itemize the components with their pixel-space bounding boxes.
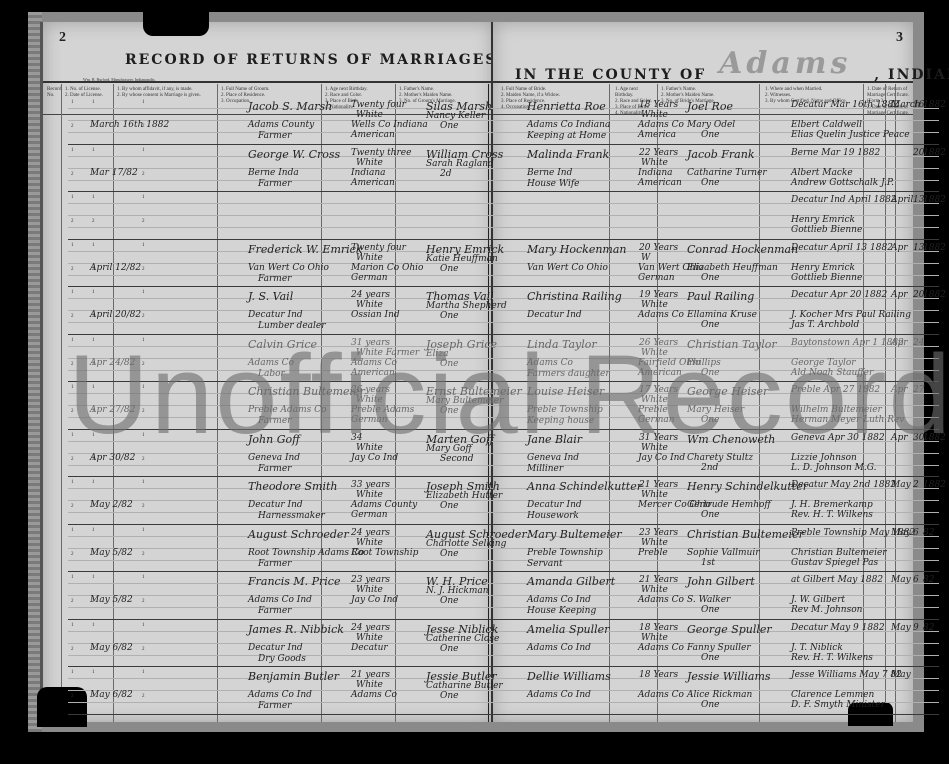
bride-nationality: America [638, 130, 676, 140]
groom-age: 21 years [351, 670, 390, 680]
license-date: Apr 27/82 [90, 405, 135, 415]
groom-birthplace: Adams Co [351, 690, 397, 700]
line-number: 1 [142, 100, 145, 105]
bride-name: Amelia Spuller [527, 623, 609, 636]
certified-by: D. F. Smyth Minister [791, 700, 885, 710]
bride-name: Mary Hockenman [527, 243, 627, 256]
witness: Lizzie Johnson [791, 453, 857, 463]
groom-mother: Eliza [426, 349, 448, 359]
line-number: 1 [71, 195, 74, 200]
witness: Henry Emrick [791, 263, 855, 273]
groom-age: 33 years [351, 480, 390, 490]
groom-nationality: German [351, 273, 388, 283]
bride-mother: Mary Odel [687, 120, 735, 130]
bride-occupation: Milliner [527, 464, 563, 474]
groom-nationality: German [351, 415, 388, 425]
groom-age: 34 [351, 433, 362, 443]
witness: J. Kocher Mrs Paul Railing [791, 310, 911, 320]
line-number: 1 [92, 338, 95, 343]
witness: Elbert Caldwell [791, 120, 862, 130]
line-number: 1 [92, 433, 95, 438]
groom-occupation: Farmer [258, 179, 291, 189]
witness: Clarence Lemmen [791, 690, 874, 700]
bride-birthplace: Adams Co [638, 595, 684, 605]
certified-by: Andrew Gottschalk J.P. [791, 178, 894, 188]
groom-name: Benjamin Butler [248, 670, 339, 683]
line-number: 2 [142, 647, 145, 652]
bride-race: White [641, 490, 668, 500]
groom-race: White [356, 253, 383, 263]
groom-age: 31 years [351, 338, 390, 348]
married-where-when: Baytonstown Apr 1 1882 [791, 338, 904, 348]
line-number: 2 [71, 314, 74, 319]
line-number: 1 [142, 670, 145, 675]
line-number: 2 [71, 504, 74, 509]
header-rule [43, 81, 493, 83]
certified-by: Jas T. Archbold [791, 320, 859, 330]
return-month: May [891, 623, 911, 633]
bride-birthplace: Preble [638, 405, 668, 415]
bride-marriage-no: One [701, 273, 720, 283]
return-day: 27 [913, 385, 924, 395]
line-number: 2 [71, 552, 74, 557]
line-number: 2 [142, 504, 145, 509]
line-number: 2 [142, 409, 145, 414]
bride-name: Christina Railing [527, 290, 622, 303]
bride-residence: Adams Co Indiana [527, 120, 610, 130]
return-year: 1882 [923, 195, 946, 205]
line-number: 2 [71, 267, 74, 272]
bride-marriage-no: One [701, 320, 720, 330]
bride-marriage-no: One [701, 653, 720, 663]
bride-residence: Decatur Ind [527, 310, 582, 320]
return-year: 82 [923, 575, 934, 585]
line-number: 2 [142, 219, 145, 224]
return-year: 82 [923, 528, 934, 538]
married-where-when: Decatur Apr 20 1882 [791, 290, 887, 300]
line-number: 1 [142, 243, 145, 248]
line-number: 1 [142, 575, 145, 580]
bride-birthplace: Adams Co [638, 643, 684, 653]
line-number: 1 [92, 100, 95, 105]
bride-father: Joel Roe [687, 100, 733, 113]
witness: J. T. Niblick [791, 643, 843, 653]
license-date: March 16th 1882 [90, 120, 169, 130]
line-number: 1 [71, 290, 74, 295]
groom-nationality: American [351, 368, 395, 378]
groom-mother: Catherine Close [426, 634, 499, 644]
line-number: 1 [92, 195, 95, 200]
witness: George Taylor [791, 358, 856, 368]
bride-mother: Ellamina Kruse [687, 310, 757, 320]
groom-marriage-no: One [440, 596, 459, 606]
groom-name: Christian Bultemeier [248, 385, 365, 398]
bride-race: White [641, 538, 668, 548]
bride-residence: Preble Township [527, 548, 603, 558]
bride-residence: Van Wert Co Ohio [527, 263, 608, 273]
bride-age: 20 Years [639, 243, 678, 253]
bride-residence: Adams Co Ind [527, 595, 591, 605]
witness: Christian Bultemeier [791, 548, 887, 558]
bride-name: Louise Heiser [527, 385, 604, 398]
groom-residence: Decatur Ind [248, 643, 303, 653]
license-date: April 12/82 [90, 263, 141, 273]
bride-residence: Adams Co Ind [527, 643, 591, 653]
groom-birthplace: Preble Adams [351, 405, 414, 415]
bride-race: White [641, 633, 668, 643]
license-date: April 20/82 [90, 310, 141, 320]
page-number-left: 2 [59, 30, 66, 46]
bride-mother: Fanny Spuller [687, 643, 751, 653]
bride-race: White [641, 348, 668, 358]
line-number: 1 [71, 385, 74, 390]
groom-age: Twenty four [351, 243, 406, 253]
line-number: 2 [142, 172, 145, 177]
bride-name: Henrietta Roe [527, 100, 606, 113]
groom-residence: Preble Adams Co [248, 405, 326, 415]
bride-occupation: Housework [527, 511, 579, 521]
line-number: 2 [71, 647, 74, 652]
groom-residence: Decatur Ind [248, 500, 303, 510]
groom-nationality: German [351, 510, 388, 520]
header-rule [493, 81, 913, 83]
groom-race: White [356, 585, 383, 595]
line-number: 1 [71, 528, 74, 533]
groom-mother: Mary Bultemeier [426, 396, 503, 406]
line-number: 1 [142, 480, 145, 485]
groom-residence: Adams County [248, 120, 314, 130]
column-divider [61, 84, 62, 722]
certified-by: Rev. H. T. Wilkens [791, 653, 873, 663]
bride-father: Jacob Frank [687, 148, 755, 161]
groom-mother: Katie Heuffman [426, 254, 498, 264]
groom-birthplace: Indiana [351, 168, 386, 178]
bride-nationality: German [638, 415, 675, 425]
return-month: Apr [891, 243, 908, 253]
groom-mother: Elizabeth Hutter [426, 491, 502, 501]
groom-residence: Geneva Ind [248, 453, 300, 463]
bride-age: 19 Years [639, 290, 678, 300]
bride-father: Wm Chenoweth [687, 433, 775, 446]
license-date: Apr 30/82 [90, 453, 135, 463]
line-number: 2 [71, 362, 74, 367]
groom-mother: Nancy Keller [426, 111, 485, 121]
groom-name: Calvin Grice [248, 338, 317, 351]
groom-marriage-no: 2d [440, 169, 452, 179]
bride-father: Christian Bultemeier [687, 528, 804, 541]
groom-race: White Farmer [356, 348, 419, 358]
groom-mother: Catharine Butler [426, 681, 503, 691]
bride-race: White [641, 395, 668, 405]
groom-birthplace: Root Township [351, 548, 418, 558]
groom-birthplace: Jay Co Ind [351, 453, 398, 463]
line-number: 1 [142, 623, 145, 628]
certified-by: Rev. H. T. Wilkens [791, 510, 873, 520]
bride-residence: Berne Ind [527, 168, 572, 178]
line-number: 1 [92, 385, 95, 390]
line-number: 2 [142, 314, 145, 319]
line-number: 1 [71, 575, 74, 580]
return-year: 1882 [923, 148, 946, 158]
bride-father: Paul Railing [687, 290, 754, 303]
page-title-left: RECORD OF RETURNS OF MARRIAGES, [125, 52, 504, 68]
bride-residence: Preble Township [527, 405, 603, 415]
bride-race: White [641, 158, 668, 168]
line-number: 2 [142, 267, 145, 272]
witness: J. W. Gilbert [791, 595, 845, 605]
groom-marriage-no: One [440, 501, 459, 511]
return-day: 6 [913, 575, 919, 585]
bride-mother: S. Walker [687, 595, 730, 605]
bride-occupation: Farmers daughter [527, 369, 610, 379]
groom-marriage-no: One [440, 359, 459, 369]
return-month: April [891, 195, 913, 205]
bride-marriage-no: One [701, 178, 720, 188]
bride-name: Jane Blair [527, 433, 582, 446]
return-month: Apr [891, 433, 908, 443]
line-number: 1 [71, 670, 74, 675]
bride-birthplace: Indiana [638, 168, 673, 178]
married-where-when: Decatur Ind April 1882 [791, 195, 897, 205]
line-number: 1 [92, 480, 95, 485]
groom-occupation: Dry Goods [258, 654, 306, 664]
bride-occupation: Keeping at Home [527, 131, 606, 141]
married-where-when: Decatur May 9 1882 [791, 623, 885, 633]
bride-age: 23 Years [639, 528, 678, 538]
return-year: 1882 [923, 243, 946, 253]
line-number: 2 [142, 362, 145, 367]
certified-by: Gustav Spiegel Pas [791, 558, 878, 568]
bride-father: George Heiser [687, 385, 768, 398]
bride-name: Linda Taylor [527, 338, 597, 351]
groom-residence: Berne Inda [248, 168, 299, 178]
return-month: Apr [891, 385, 908, 395]
page-tab-shadow [143, 12, 209, 36]
line-number: 2 [71, 694, 74, 699]
married-where-when: Decatur Mar 16th 1882 [791, 100, 899, 110]
certified-by: Rev M. Johnson [791, 605, 862, 615]
county-name-handwritten: Adams [713, 46, 867, 82]
groom-marriage-no: One [440, 311, 459, 321]
bride-father: Henry Schindelkutter [687, 480, 808, 493]
groom-age: Twenty three [351, 148, 411, 158]
groom-marriage-no: One [440, 644, 459, 654]
bride-age: 26 Years [639, 338, 678, 348]
groom-occupation: Farmer [258, 274, 291, 284]
line-number: 1 [142, 195, 145, 200]
line-number: 2 [71, 457, 74, 462]
bride-marriage-no: 1st [701, 558, 715, 568]
bride-name: Dellie Williams [527, 670, 611, 683]
groom-birthplace: Adams Co [351, 358, 397, 368]
bride-occupation: House Keeping [527, 606, 596, 616]
return-month: May [891, 670, 911, 680]
groom-residence: Van Wert Co Ohio [248, 263, 329, 273]
groom-race: White [356, 490, 383, 500]
married-where-when: Berne Mar 19 1882 [791, 148, 880, 158]
certified-by: L. D. Johnson M.G. [791, 463, 876, 473]
groom-birthplace: Decatur [351, 643, 388, 653]
certified-by: Elias Quelin Justice Peace [791, 130, 910, 140]
line-number: 1 [71, 433, 74, 438]
return-year: 1882 [923, 100, 946, 110]
return-year: 1882 [923, 290, 946, 300]
return-month: May [891, 480, 911, 490]
line-number: 2 [71, 219, 74, 224]
groom-marriage-no: One [440, 549, 459, 559]
bride-race: W [641, 253, 650, 263]
witness: Albert Macke [791, 168, 853, 178]
witness: Henry Emrick [791, 215, 855, 225]
line-number: 2 [71, 172, 74, 177]
groom-race: White [356, 538, 383, 548]
groom-mother: Charlotte Selking [426, 539, 506, 549]
bride-birthplace: Adams Co [638, 690, 684, 700]
groom-occupation: Farmer [258, 464, 291, 474]
groom-occupation: Farmer [258, 416, 291, 426]
bride-mother: Mary Heiser [687, 405, 744, 415]
groom-name: James R. Nibbick [248, 623, 344, 636]
groom-residence: Root Township Adams Co [248, 548, 364, 558]
bride-father: Conrad Hockenman [687, 243, 798, 256]
certified-by: Gottlieb Bienne [791, 273, 862, 283]
groom-mother: N. J. Hickman [426, 586, 489, 596]
line-number: 1 [71, 243, 74, 248]
line-number: 2 [142, 457, 145, 462]
license-date: May 2/82 [90, 500, 133, 510]
bride-marriage-no: One [701, 130, 720, 140]
groom-residence: Adams Co Ind [248, 690, 312, 700]
groom-birthplace: Marion Co Ohio [351, 263, 423, 273]
return-day: 2 [913, 480, 919, 490]
bride-mother: Alice Rickman [687, 690, 752, 700]
groom-name: Frederick W. Emrick [248, 243, 363, 256]
bride-age: 18 Years [639, 623, 678, 633]
return-day: 24 [913, 338, 924, 348]
line-number: 1 [142, 148, 145, 153]
groom-race: White [356, 158, 383, 168]
bride-nationality: American [638, 178, 682, 188]
groom-marriage-no: Second [440, 454, 474, 464]
line-number: 1 [92, 148, 95, 153]
groom-birthplace: Ossian Ind [351, 310, 400, 320]
line-number: 2 [142, 552, 145, 557]
line-number: 2 [71, 599, 74, 604]
bride-name: Mary Bultemeier [527, 528, 622, 541]
bride-mother: Phillips [687, 358, 721, 368]
married-where-when: Decatur May 2nd 1882 [791, 480, 896, 490]
bride-race: White [641, 585, 668, 595]
groom-marriage-no: One [440, 691, 459, 701]
return-month: May [891, 528, 911, 538]
line-number: 1 [142, 528, 145, 533]
line-number: 1 [142, 433, 145, 438]
groom-name: John Goff [248, 433, 300, 446]
return-day: 9 [913, 623, 919, 633]
certified-by: Herman Meyer Luth Rev [791, 415, 904, 425]
groom-marriage-no: One [440, 121, 459, 131]
groom-race: White [356, 680, 383, 690]
license-date: May 5/82 [90, 548, 133, 558]
witness: J. H. Bremerkamp [791, 500, 873, 510]
bride-age: 21 Years [639, 575, 678, 585]
bride-residence: Adams Co [527, 358, 573, 368]
bride-age: 18 Years [639, 100, 678, 110]
groom-occupation: Harnessmaker [258, 511, 325, 521]
bride-father: George Spuller [687, 623, 772, 636]
groom-name: Francis M. Price [248, 575, 340, 588]
record-book: 2 RECORD OF RETURNS OF MARRIAGES, Wm. B.… [28, 12, 924, 732]
married-where-when: Geneva Apr 30 1882 [791, 433, 885, 443]
line-number: 2 [92, 219, 95, 224]
bride-age: 21 Years [639, 480, 678, 490]
bride-marriage-no: One [701, 605, 720, 615]
bride-occupation: House Wife [527, 179, 580, 189]
bride-name: Amanda Gilbert [527, 575, 615, 588]
bride-marriage-no: One [701, 415, 720, 425]
line-number: 1 [71, 100, 74, 105]
bride-birthplace: Adams Co [638, 310, 684, 320]
page-number-right: 3 [896, 30, 903, 46]
line-number: 1 [92, 670, 95, 675]
groom-mother: Sarah Ragland [426, 159, 494, 169]
license-date: May 5/82 [90, 595, 133, 605]
bride-age: 22 Years [639, 148, 678, 158]
line-number: 1 [71, 480, 74, 485]
bride-mother: Elizabeth Heuffman [687, 263, 778, 273]
groom-occupation: Labor [258, 369, 285, 379]
groom-marriage-no: One [440, 406, 459, 416]
groom-mother: Mary Goff [426, 444, 472, 454]
line-number: 1 [71, 338, 74, 343]
groom-age: Twenty four [351, 100, 406, 110]
bride-race: White [641, 443, 668, 453]
return-year: 1882 [923, 480, 946, 490]
bride-nationality: German [638, 273, 675, 283]
groom-occupation: Farmer [258, 606, 291, 616]
bride-marriage-no: 2nd [701, 463, 718, 473]
groom-residence: Adams Co [248, 358, 294, 368]
line-number: 1 [142, 290, 145, 295]
bride-occupation: Servant [527, 559, 563, 569]
married-where-when: at Gilbert May 1882 [791, 575, 883, 585]
groom-age: 24 years [351, 290, 390, 300]
certified-by: Gottlieb Bienne [791, 225, 862, 235]
groom-age: 24 years [351, 528, 390, 538]
return-year: 82 [923, 623, 934, 633]
groom-occupation: Farmer [258, 131, 291, 141]
bride-occupation: Keeping house [527, 416, 594, 426]
line-number: 1 [71, 148, 74, 153]
groom-occupation: Farmer [258, 559, 291, 569]
groom-name: Jacob S. Marsh [248, 100, 332, 113]
groom-age: 26 years [351, 385, 390, 395]
bride-mother: Charety Stultz [687, 453, 753, 463]
groom-race: White [356, 395, 383, 405]
license-date: May 6/82 [90, 643, 133, 653]
license-date: Apr 24/82 [90, 358, 135, 368]
return-month: Apr [891, 290, 908, 300]
line-number: 2 [142, 694, 145, 699]
certified-by: Ald Noah Stauffer [791, 368, 873, 378]
bride-marriage-no: One [701, 368, 720, 378]
line-number: 1 [142, 338, 145, 343]
license-date: May 6/82 [90, 690, 133, 700]
bride-age: 31 Years [639, 433, 678, 443]
bride-nationality: American [638, 368, 682, 378]
line-number: 1 [71, 623, 74, 628]
groom-age: 24 years [351, 623, 390, 633]
